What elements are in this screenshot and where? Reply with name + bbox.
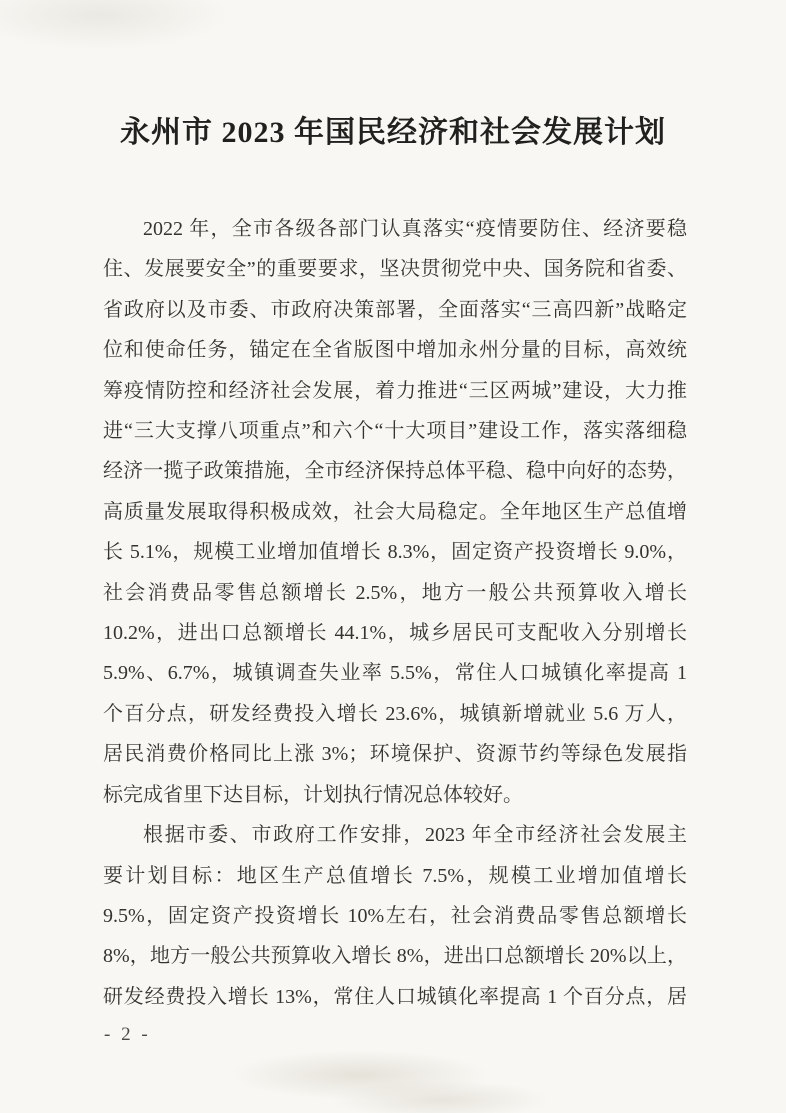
body-line: 10.2%，进出口总额增长 44.1%，城乡居民可支配收入分别增长: [103, 613, 687, 653]
body-line: 进“三大支撑八项重点”和六个“十大项目”建设工作，落实落细稳: [103, 411, 687, 451]
body-line: 标完成省里下达目标，计划执行情况总体较好。: [103, 775, 687, 815]
body-line: 5.9%、6.7%，城镇调查失业率 5.5%，常住人口城镇化率提高 1: [103, 653, 687, 693]
paragraph-2023-targets: 根据市委、市政府工作安排，2023 年全市经济社会发展主 要计划目标：地区生产总…: [103, 815, 687, 1017]
body-line: 要计划目标：地区生产总值增长 7.5%，规模工业增加值增长: [103, 856, 687, 896]
scan-smudge: [330, 1080, 550, 1113]
body-line: 住、发展要安全”的重要要求，坚决贯彻党中央、国务院和省委、: [103, 249, 687, 289]
body-line: 个百分点，研发经费投入增长 23.6%，城镇新增就业 5.6 万人，: [103, 694, 687, 734]
body-line: 经济一揽子政策措施，全市经济保持总体平稳、稳中向好的态势，: [103, 451, 687, 491]
page-number: - 2 -: [104, 1024, 151, 1046]
body-line: 2022 年，全市各级各部门认真落实“疫情要防住、经济要稳: [103, 209, 687, 249]
paragraph-2022-review: 2022 年，全市各级各部门认真落实“疫情要防住、经济要稳 住、发展要安全”的重…: [103, 209, 687, 815]
scan-smudge: [230, 1050, 490, 1100]
body-line: 位和使命任务，锚定在全省版图中增加永州分量的目标，高效统: [103, 330, 687, 370]
document-title: 永州市 2023 年国民经济和社会发展计划: [0, 0, 786, 154]
body-line: 9.5%，固定资产投资增长 10%左右，社会消费品零售总额增长: [103, 896, 687, 936]
body-line: 筹疫情防控和经济社会发展，着力推进“三区两城”建设，大力推: [103, 371, 687, 411]
body-line: 研发经费投入增长 13%，常住人口城镇化率提高 1 个百分点，居: [103, 977, 687, 1017]
body-line: 8%，地方一般公共预算收入增长 8%，进出口总额增长 20%以上，: [103, 936, 687, 976]
body-line: 根据市委、市政府工作安排，2023 年全市经济社会发展主: [103, 815, 687, 855]
body-line: 居民消费价格同比上涨 3%；环境保护、资源节约等绿色发展指: [103, 734, 687, 774]
scanned-document-page: 永州市 2023 年国民经济和社会发展计划 2022 年，全市各级各部门认真落实…: [0, 0, 786, 1113]
body-line: 高质量发展取得积极成效，社会大局稳定。全年地区生产总值增: [103, 492, 687, 532]
document-body: 2022 年，全市各级各部门认真落实“疫情要防住、经济要稳 住、发展要安全”的重…: [103, 209, 687, 1017]
body-line: 社会消费品零售总额增长 2.5%，地方一般公共预算收入增长: [103, 573, 687, 613]
body-line: 长 5.1%，规模工业增加值增长 8.3%，固定资产投资增长 9.0%，: [103, 532, 687, 572]
body-line: 省政府以及市委、市政府决策部署，全面落实“三高四新”战略定: [103, 290, 687, 330]
